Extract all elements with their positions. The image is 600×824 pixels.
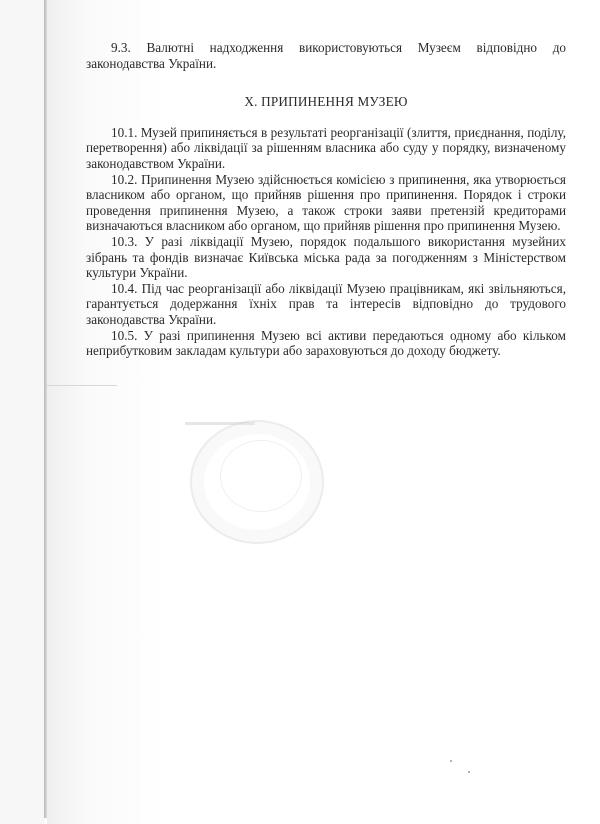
paragraph-10-2: 10.2. Припинення Музею здійснюється комі… — [86, 172, 566, 234]
paragraph-9-3: 9.3. Валютні надходження використовуютьс… — [86, 40, 566, 71]
adjacent-page-edge — [0, 0, 45, 824]
page-fold-shadow — [44, 0, 47, 818]
speck — [468, 771, 470, 773]
paragraph-10-4: 10.4. Під час реорганізації або ліквідац… — [86, 281, 566, 328]
speck — [450, 760, 452, 762]
scan-specks — [450, 760, 480, 780]
paragraph-10-3: 10.3. У разі ліквідації Музею, порядок п… — [86, 234, 566, 281]
document-body: 9.3. Валютні надходження використовуютьс… — [86, 40, 566, 359]
paragraph-10-1: 10.1. Музей припиняється в результаті ре… — [86, 125, 566, 172]
section-heading: X. ПРИПИНЕННЯ МУЗЕЮ — [86, 94, 566, 110]
page-crease — [47, 385, 117, 386]
paragraph-10-5: 10.5. У разі припинення Музею всі активи… — [86, 328, 566, 359]
seal-inner-ring — [220, 440, 302, 512]
